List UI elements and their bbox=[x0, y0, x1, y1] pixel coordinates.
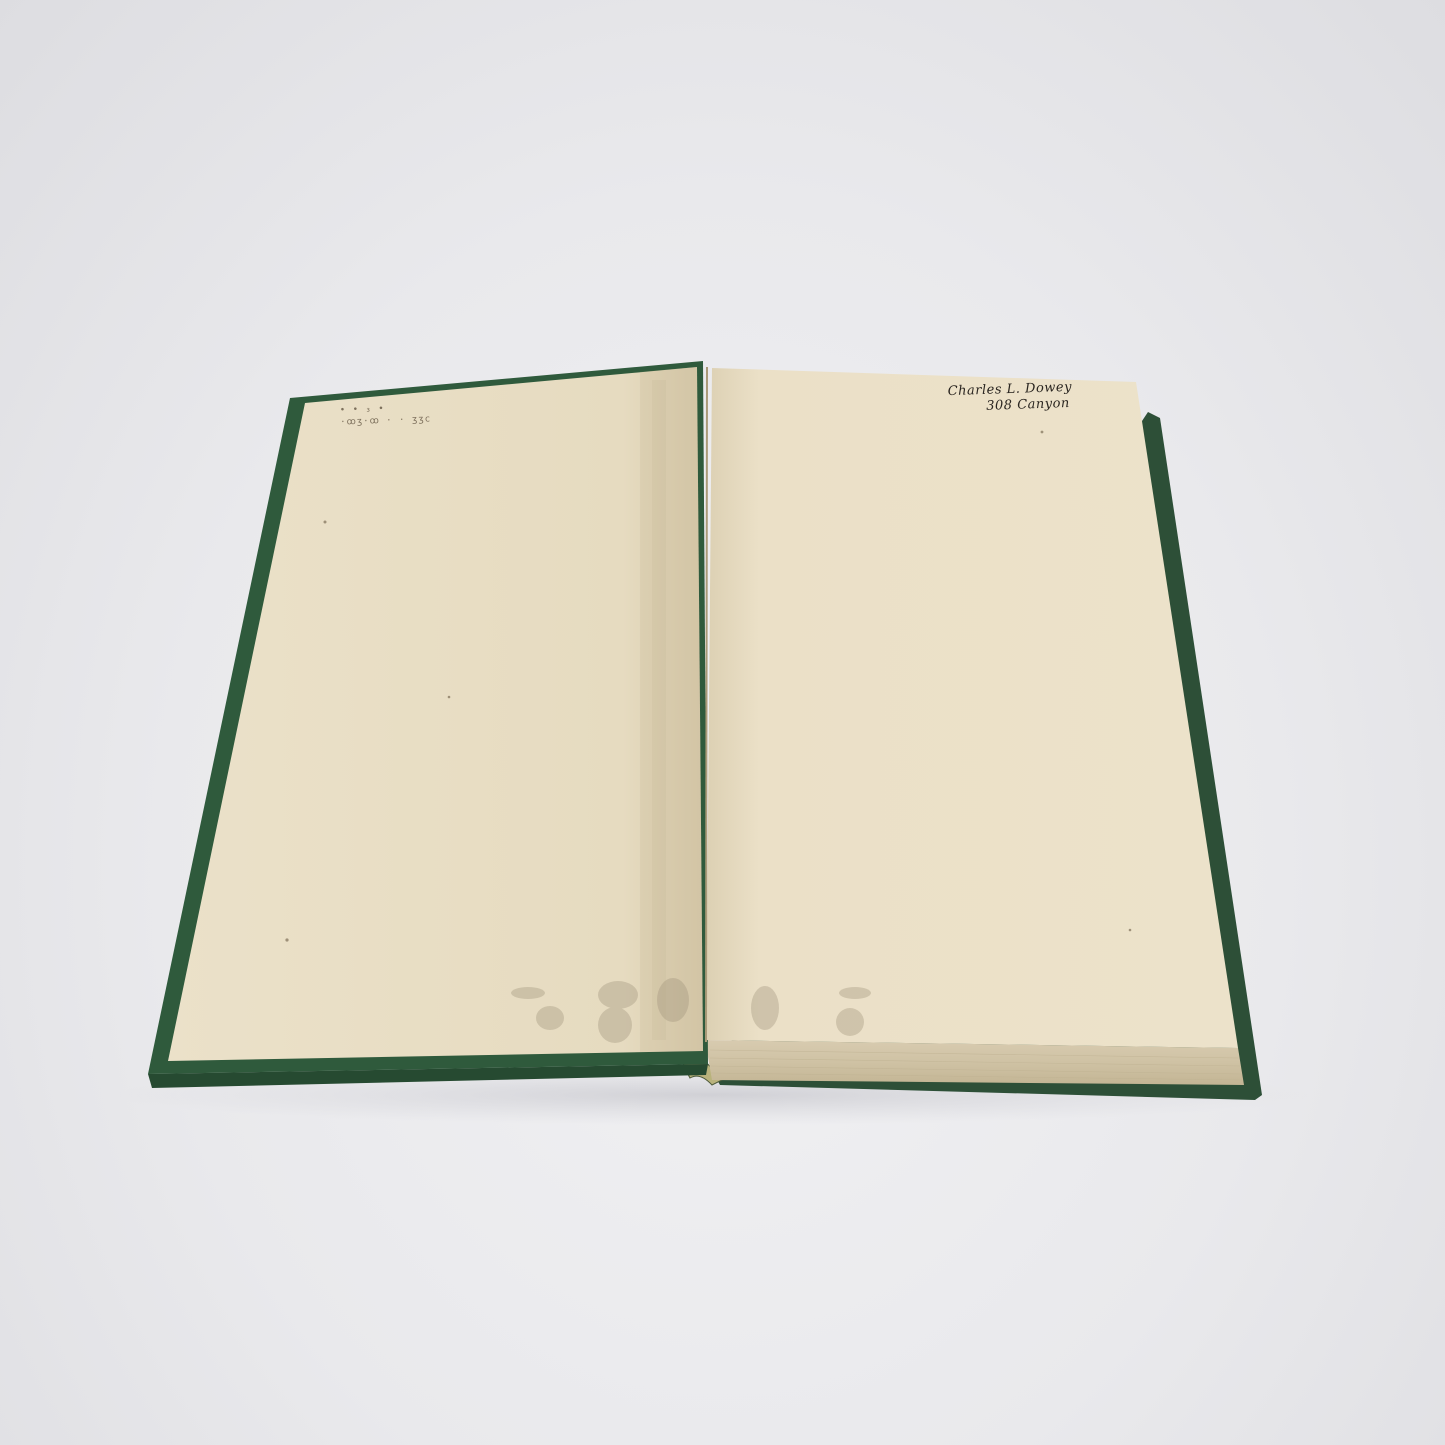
photo-scene: • • ₃ • ·ꝏʒ·ꝏ · · ʒʒc Charles L. Dowey 3… bbox=[0, 0, 1445, 1445]
handwritten-inscription: Charles L. Dowey 308 Canyon bbox=[947, 380, 1072, 416]
pencil-notes: • • ₃ • ·ꝏʒ·ꝏ · · ʒʒc bbox=[340, 401, 432, 428]
left-endpaper bbox=[168, 367, 703, 1061]
book-illustration bbox=[0, 0, 1445, 1445]
gutter bbox=[706, 367, 707, 1042]
